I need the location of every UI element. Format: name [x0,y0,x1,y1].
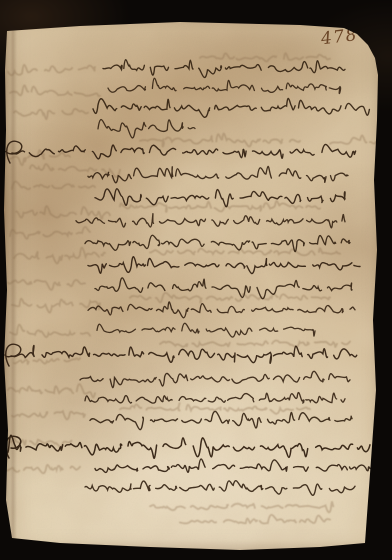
manuscript-page: 478 [0,0,392,560]
photo-background: 478 [0,0,392,560]
paper-texture [0,0,392,560]
